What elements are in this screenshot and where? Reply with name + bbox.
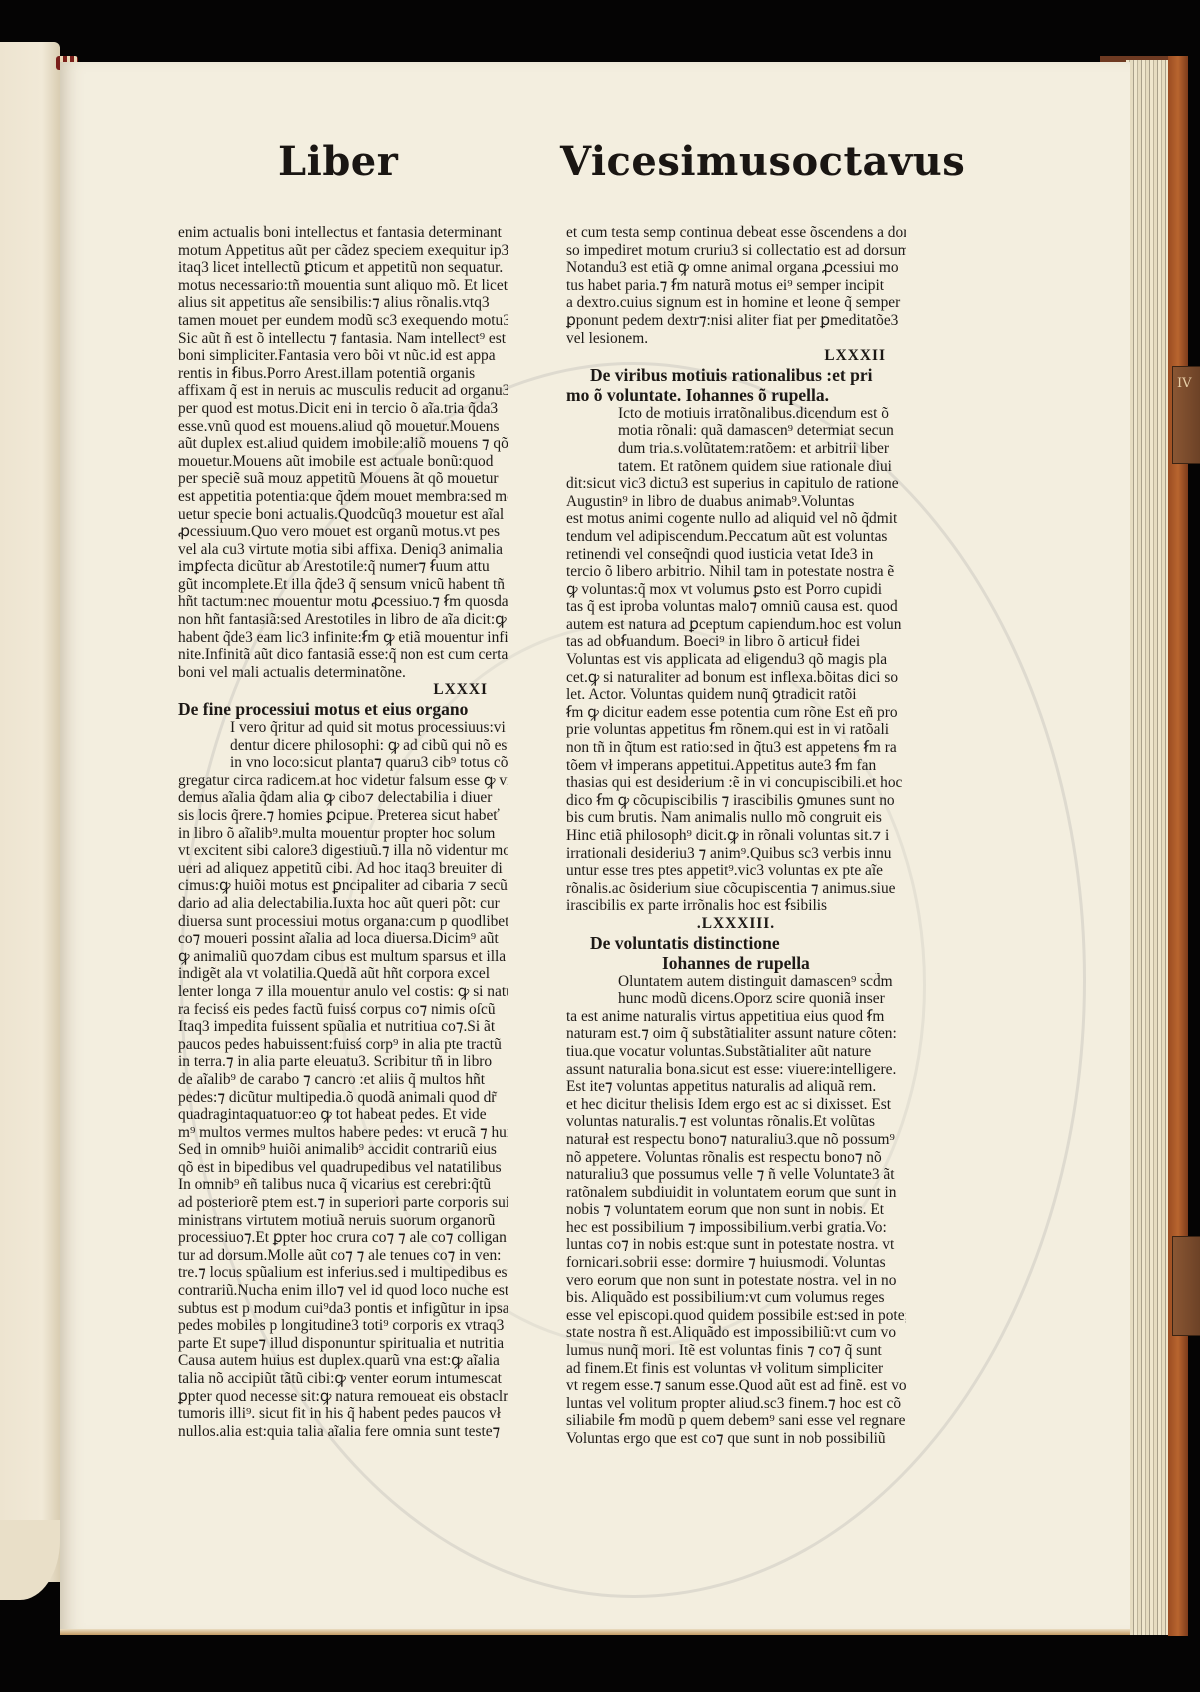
text-line: ta est anime naturalis virtus appetitiua… [566,1008,906,1026]
right-column-text-1: et cum testa semp continua debeat esse õ… [566,224,906,347]
leather-cover [1168,56,1188,1636]
text-line: habent q̃de3 eam lic3 infinite:ẜm ꝙ etiã… [178,629,508,647]
text-line: est motus animi cogente nullo ad aliquid… [566,510,906,528]
text-line: ad posteriorẽ ptem est.⁊ in superiori pa… [178,1194,508,1212]
text-line: pedes mobiles p longitudine3 toti⁹ corpo… [178,1317,508,1335]
text-line: aũt duplex est.aliud quidem imobile:aliõ… [178,435,508,453]
text-line: Voluntas est vis applicata ad eligendu3 … [566,651,906,669]
text-line: Icto de motiuis irratõnalibus.dicendum e… [566,405,906,423]
text-line: motus necessario:tñ mouentia sunt aliquo… [178,277,508,295]
text-line: hec est possibilium ⁊ impossibilium.verb… [566,1219,906,1237]
text-line: ꝙ animaliũ quo⁊dam cibus est multum spar… [178,948,508,966]
text-line: motia rõnali: quã damascen⁹ determiat se… [566,422,906,440]
text-line: ueri ad aliquez appetitũ cibi. Ad hoc it… [178,860,508,878]
text-line: vel ala cu3 virtute motia sibi affixa. D… [178,541,508,559]
text-line: state nostra ñ est.Aliquãdo est impossib… [566,1324,906,1342]
text-line: naturaliu3 que possumus velle ⁊ ñ velle … [566,1166,906,1184]
text-line: et hec dicitur thelisis Idem ergo est ac… [566,1096,906,1114]
text-line: Augustin⁹ in libro de duabus animab⁹.Vol… [566,493,906,511]
text-line: imꝑfecta dicũtur ab Arestotile:q̃ numer⁊… [178,558,508,576]
running-head-right: Vicesimusoctavus [560,138,965,185]
text-line: vel lesionem. [566,330,906,348]
text-line: per quod est motus.Dicit eni in tercio õ… [178,400,508,418]
text-line: ꝑpter quod necesse sit:ꝙ natura remoueat… [178,1388,508,1406]
text-line: nõ appetere. Voluntas rõnalis est respec… [566,1149,906,1167]
text-line: autem est natura ad ꝑceptum capiendum.ho… [566,616,906,634]
text-line: voluntas naturalis.⁊ est voluntas rõnali… [566,1113,906,1131]
text-line: rentis in ẜibus.Porro Arest.illam potent… [178,365,508,383]
right-column-text-3: Oluntatem autem distinguit damascen⁹ scd… [566,973,906,1448]
text-line: irrationali desideriu3 ⁊ anim⁹.Quibus sc… [566,845,906,863]
left-column-text-1: enim actualis boni intellectus et fantas… [178,224,508,681]
chapter-heading: De viribus motiuis rationalibus :et pri [566,365,906,385]
text-line: Oluntatem autem distinguit damascen⁹ scd… [566,973,906,991]
text-line: Causa autem huius est duplex.quarũ vna e… [178,1352,508,1370]
text-line: tiua.que vocatur voluntas.Substãtialiter… [566,1043,906,1061]
text-line: retinendi vel conseq̃ndi quod iusticia v… [566,546,906,564]
text-line: per speciẽ suã mouz appetitũ Mouens ãt q… [178,470,508,488]
right-column-text-2: Icto de motiuis irratõnalibus.dicendum e… [566,405,906,915]
text-line: tatem. Et ratõnem quidem siue rationale … [566,458,906,476]
text-line: naturał est respectu bono⁊ naturaliu3.qu… [566,1131,906,1149]
text-line: gregatur circa radicem.at hoc videtur fa… [178,772,508,790]
text-line: a dextro.cuius signum est in homine et l… [566,294,906,312]
text-line: Hinc etiã philosoph⁹ dicit.ꝙ in rõnali v… [566,827,906,845]
running-head-left: Liber [278,138,398,185]
text-line: dit:sicut vic3 dictu3 est superius in ca… [566,475,906,493]
text-line: nite.Infinitã aũt dico fantasiã esse:q̃ … [178,646,508,664]
text-line: tas ad obẜuandum. Boeci⁹ in libro õ arti… [566,633,906,651]
text-line: tõem vł imperans appetitui.Appetitus aut… [566,757,906,775]
text-line: in vno loco:sicut planta⁊ quaru3 cib⁹ to… [178,754,508,772]
text-line: pedes:⁊ dicũtur multipedia.õ quodã anima… [178,1089,508,1107]
chapter-heading: De fine processiui motus et eius organo [178,699,508,719]
clasp-mark: IV [1177,375,1192,393]
text-line: untur esse tres ptes appetit⁹.vic3 volun… [566,862,906,880]
text-line: contrariũ.Nucha enim illo⁊ vel id quod l… [178,1282,508,1300]
chapter-heading-cont: mo õ voluntate. Iohannes õ rupella. [566,385,906,405]
text-line: mouetur.Mouens aũt imobile est actuale b… [178,453,508,471]
text-line: ꝑponunt pedem dextr⁊:nisi aliter fiat pe… [566,312,906,330]
text-line: motum Appetitus aũt per cãdez speciem ex… [178,242,508,260]
text-line: naturam est.⁊ oim q̃ substãtialiter assu… [566,1025,906,1043]
text-line: In omnib⁹ eñ talibus nuca q̃ vicarius es… [178,1176,508,1194]
text-line: processiuo⁊.Et ꝑpter hoc crura co⁊ ⁊ ale… [178,1229,508,1247]
text-line: Voluntas ergo que est co⁊ que sunt in no… [566,1430,906,1448]
text-line: assunt naturalia bona.sicut est esse: vi… [566,1061,906,1079]
chapter-heading-cont: Iohannes de rupella [566,953,906,973]
text-line: tamen mouet per eundem modũ sc3 exequend… [178,312,508,330]
text-line: ratõnalem subdiuidit in voluntatem eorum… [566,1184,906,1202]
text-line: thasias qui est desiderium :ẽ in vi conc… [566,774,906,792]
text-line: enim actualis boni intellectus et fantas… [178,224,508,242]
text-line: in terra.⁊ in alia parte eleuatu3. Scrib… [178,1053,508,1071]
text-line: vero eorum que non sunt in potestate nos… [566,1272,906,1290]
text-line: lenter longa ⁊ illa mouentur anulo vel c… [178,983,508,1001]
clasp-top: IV [1172,366,1200,464]
text-line: nobis ⁊ voluntatem eorum que non sunt in… [566,1201,906,1219]
text-line: quadragintaquatuor:eo ꝙ tot habeat pedes… [178,1106,508,1124]
text-line: cimus:ꝙ huiõi motus est ꝑncipaliter ad c… [178,877,508,895]
text-line: esse vel episcopi.quod quidem possibile … [566,1307,906,1325]
text-line: Itaq3 impedita fuissent spũalia et nutri… [178,1018,508,1036]
text-line: itaq3 licet intellectũ ꝑticum et appetit… [178,259,508,277]
text-line: I vero q̃ritur ad quid sit motus process… [178,719,508,737]
text-line: ꝙ voluntas:q̃ mox vt volumus ꝑsto est Po… [566,581,906,599]
text-line: luntas vel volitum propter aliud.sc3 fin… [566,1395,906,1413]
text-line: Est ite⁊ voluntas appetitus naturalis ad… [566,1078,906,1096]
text-line: vt excitent sibi calore3 digestiuũ.⁊ ill… [178,842,508,860]
chapter-number: LXXXI [178,681,508,699]
text-line: dario ad alia delectabilia.Iuxta hoc aũt… [178,895,508,913]
text-line: bis cum brutis. Nam animalis nullo mõ co… [566,809,906,827]
text-line: so impediret motum cruriu3 si collectati… [566,242,906,260]
text-line: non hñt fantasiã:sed Arestotiles in libr… [178,611,508,629]
text-line: fornicari.sobrii esse: dormire ⁊ huiusmo… [566,1254,906,1272]
text-line: de aĩalib⁹ de carabo ⁊ cancro :et aliis … [178,1071,508,1089]
text-line: dentur dicere philosophi: ꝙ ad cibũ qui … [178,737,508,755]
text-line: lumus nunq̃ mori. Itẽ est voluntas finis… [566,1342,906,1360]
verso-page-edge [0,42,60,1582]
text-line: indigẽt ala vt volatilia.Quedã aũt hñt c… [178,965,508,983]
text-line: rõnalis.ac õsiderium siue cõcupiscentia … [566,880,906,898]
text-line: Sic aũt ñ est õ intellectu ⁊ fantasia. N… [178,330,508,348]
text-line: affixam q̃ est in neruis ac musculis red… [178,382,508,400]
text-line: non tñ in q̃tum est ratio:sed in q̃tu3 e… [566,739,906,757]
text-line: Notandu3 est etiã ꝙ omne animal organa ꝓ… [566,259,906,277]
text-line: boni simpliciter.Fantasia vero bõi vt nũ… [178,347,508,365]
text-line: boni vel mali actualis determinatõne. [178,664,508,682]
text-line: talia nõ accipiũt tãtũ cibi:ꝙ venter eor… [178,1370,508,1388]
text-line: hñt tactum:nec mouentur motu ꝓcessiuo.⁊ … [178,593,508,611]
chapter-heading: De voluntatis distinctione [566,933,906,953]
text-line: demus aĩalia q̃dam alia ꝙ cibo⁊ delectab… [178,789,508,807]
text-line: tus habet paria.⁊ ẜm naturã motus ei⁹ se… [566,277,906,295]
text-line: dum tria.s.volũtatem:ratõem: et arbitrii… [566,440,906,458]
text-line: tas q̃ est iproba voluntas malo⁊ omniũ c… [566,598,906,616]
text-line: tur ad dorsum.Molle aũt co⁊ ⁊ ale tenues… [178,1247,508,1265]
text-line: cet.ꝙ si naturaliter ad bonum est inflex… [566,669,906,687]
text-line: sis locis q̃rere.⁊ homies ꝑcipue. Preter… [178,807,508,825]
text-line: Sed in omnib⁹ huiõi animalib⁹ accidit co… [178,1141,508,1159]
text-line: gũt incomplete.Et illa q̃de3 q̃ sensum v… [178,576,508,594]
left-column-text-2: I vero q̃ritur ad quid sit motus process… [178,719,508,1440]
text-line: irascibilis ex parte irrõnalis hoc est ẜ… [566,897,906,915]
text-line: alius sit appetitus aĩe sensibilis:⁊ ali… [178,294,508,312]
text-line: qõ est in bipedibus vel quadrupedibus ve… [178,1159,508,1177]
text-line: dico ẜm ꝙ cõcupiscibilis ⁊ irascibilis ꝯ… [566,792,906,810]
text-line: ad finem.Et finis est voluntas vł volitu… [566,1360,906,1378]
text-line: ra fecisś eis pedes factũ fuisś corpus c… [178,1001,508,1019]
text-line: esse.vnũ quod est mouens.aliud qõ mouetu… [178,418,508,436]
text-line: tercio õ libero arbitrio. Nihil tam in p… [566,563,906,581]
text-line: subtus est p modum cui⁹da3 pontis et inf… [178,1300,508,1318]
text-line: tumoris illi⁹. sicut fit in his q̃ haben… [178,1405,508,1423]
text-line: siliabile ẜm modũ p quem debem⁹ sani ess… [566,1412,906,1430]
verso-page-curl [0,1520,60,1600]
text-line: co⁊ moueri possint aĩalia ad loca diuers… [178,930,508,948]
text-line: ꝓcessiuum.Quo vero mouet est organũ motu… [178,523,508,541]
text-line: parte Et supe⁊ illud disponuntur spiritu… [178,1335,508,1353]
text-line: vt regem esse.⁊ sanum esse.Quod aũt est … [566,1377,906,1395]
text-line: prie voluntas appetitus ẜm rõnem.qui est… [566,721,906,739]
chapter-number: LXXXII [566,347,906,365]
text-line: est appetitia potentia:que q̃dem mouet m… [178,488,508,506]
text-line: hunc modũ dicens.Oporz scire quoniã inse… [566,990,906,1008]
text-line: uetur specie boni actualis.Quodcũq3 moue… [178,506,508,524]
text-line: let. Actor. Voluntas quidem nunq̃ ꝯtradi… [566,686,906,704]
text-line: bis. Aliquãdo est possibilium:vt cum vol… [566,1289,906,1307]
page-fore-edge [1126,60,1170,1635]
clasp-bottom [1172,1236,1200,1336]
text-line: m⁹ multos vermes multos habere pedes: vt… [178,1124,508,1142]
text-line: nullos.alia est:quia talia aĩalia fere o… [178,1423,508,1441]
text-line: diuersa sunt processiui motus organa:cum… [178,913,508,931]
text-line: paucos pedes habuissent:fuisś corp⁹ in a… [178,1036,508,1054]
text-line: ministrans virtutem motiuã neruis suorum… [178,1212,508,1230]
text-line: tendum vel adipiscendum.Peccatum aũt est… [566,528,906,546]
text-line: tre.⁊ locus spũalium est inferius.sed i … [178,1264,508,1282]
text-line: luntas co⁊ in nobis est:que sunt in pote… [566,1236,906,1254]
left-column: enim actualis boni intellectus et fantas… [178,224,508,1440]
text-line: in libro õ aĩalib⁹.multa mouentur propte… [178,825,508,843]
text-line: ẜm ꝙ dicitur eadem esse potentia cum rõn… [566,704,906,722]
text-line: et cum testa semp continua debeat esse õ… [566,224,906,242]
chapter-number: .LXXXIII. [566,915,906,933]
right-column: et cum testa semp continua debeat esse õ… [566,224,906,1448]
